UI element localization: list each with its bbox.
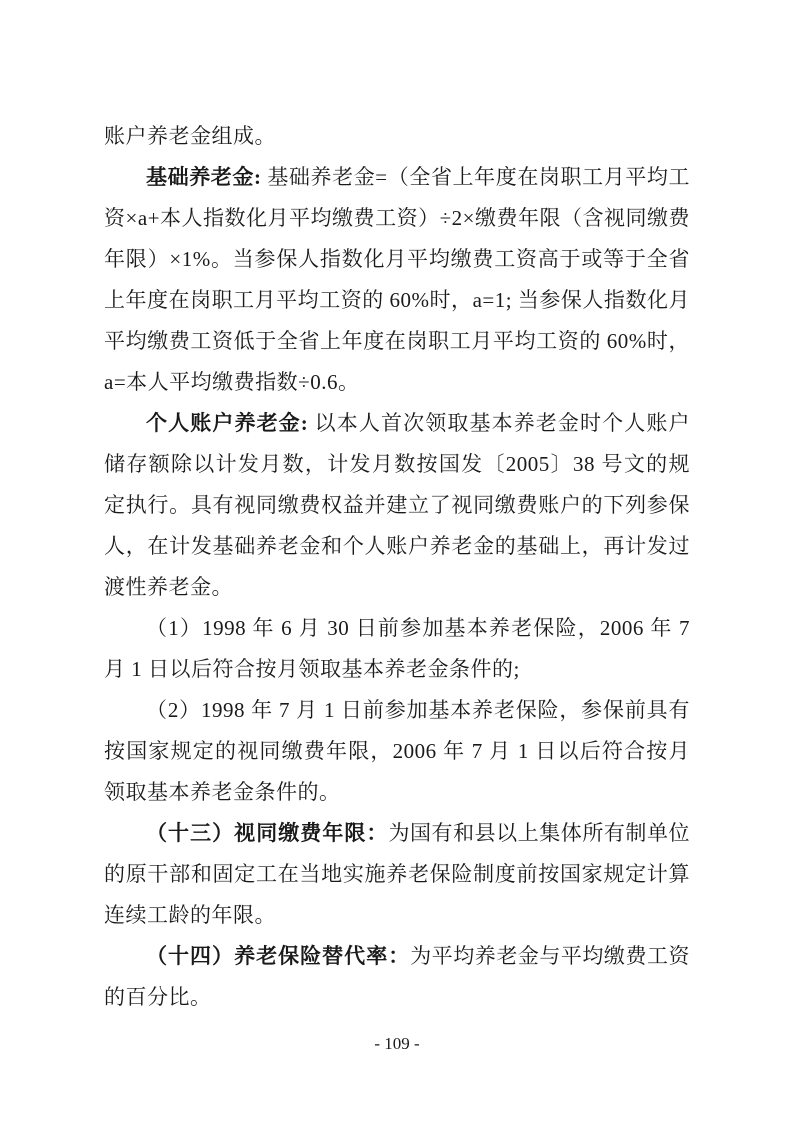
paragraph-lead: （十四）养老保险替代率： xyxy=(146,945,410,968)
document-body: 账户养老金组成。 基础养老金: 基础养老金=（全省上年度在岗职工月平均工资×a+… xyxy=(104,116,690,1018)
paragraph-body: 基础养老金=（全省上年度在岗职工月平均工资×a+本人指数化月平均缴费工资）÷2×… xyxy=(104,165,690,394)
paragraph-personal-account-pension: 个人账户养老金: 以本人首次领取基本养老金时个人账户储存额除以计发月数，计发月数… xyxy=(104,403,690,608)
paragraph-body: 账户养老金组成。 xyxy=(104,124,276,148)
document-page: 账户养老金组成。 基础养老金: 基础养老金=（全省上年度在岗职工月平均工资×a+… xyxy=(0,0,794,1123)
paragraph-body: （1）1998 年 6 月 30 日前参加基本养老保险，2006 年 7 月 1… xyxy=(104,616,690,681)
paragraph-item-2: （2）1998 年 7 月 1 日前参加基本养老保险，参保前具有按国家规定的视同… xyxy=(104,690,690,813)
paragraph-lead: 个人账户养老金: xyxy=(146,411,308,435)
paragraph-item-1: （1）1998 年 6 月 30 日前参加基本养老保险，2006 年 7 月 1… xyxy=(104,608,690,690)
paragraph-lead: 基础养老金: xyxy=(146,165,261,189)
page-number: - 109 - xyxy=(0,1033,794,1055)
paragraph-lead: （十三）视同缴费年限： xyxy=(146,822,388,845)
paragraph-body: 以本人首次领取基本养老金时个人账户储存额除以计发月数，计发月数按国发〔2005〕… xyxy=(104,411,690,599)
paragraph-basic-pension: 基础养老金: 基础养老金=（全省上年度在岗职工月平均工资×a+本人指数化月平均缴… xyxy=(104,157,690,403)
paragraph-body: （2）1998 年 7 月 1 日前参加基本养老保险，参保前具有按国家规定的视同… xyxy=(104,698,690,804)
paragraph-term-13-deemed-contribution-years: （十三）视同缴费年限：为国有和县以上集体所有制单位的原干部和固定工在当地实施养老… xyxy=(104,813,690,936)
paragraph-continuation: 账户养老金组成。 xyxy=(104,116,690,157)
paragraph-term-14-replacement-rate: （十四）养老保险替代率：为平均养老金与平均缴费工资的百分比。 xyxy=(104,936,690,1018)
